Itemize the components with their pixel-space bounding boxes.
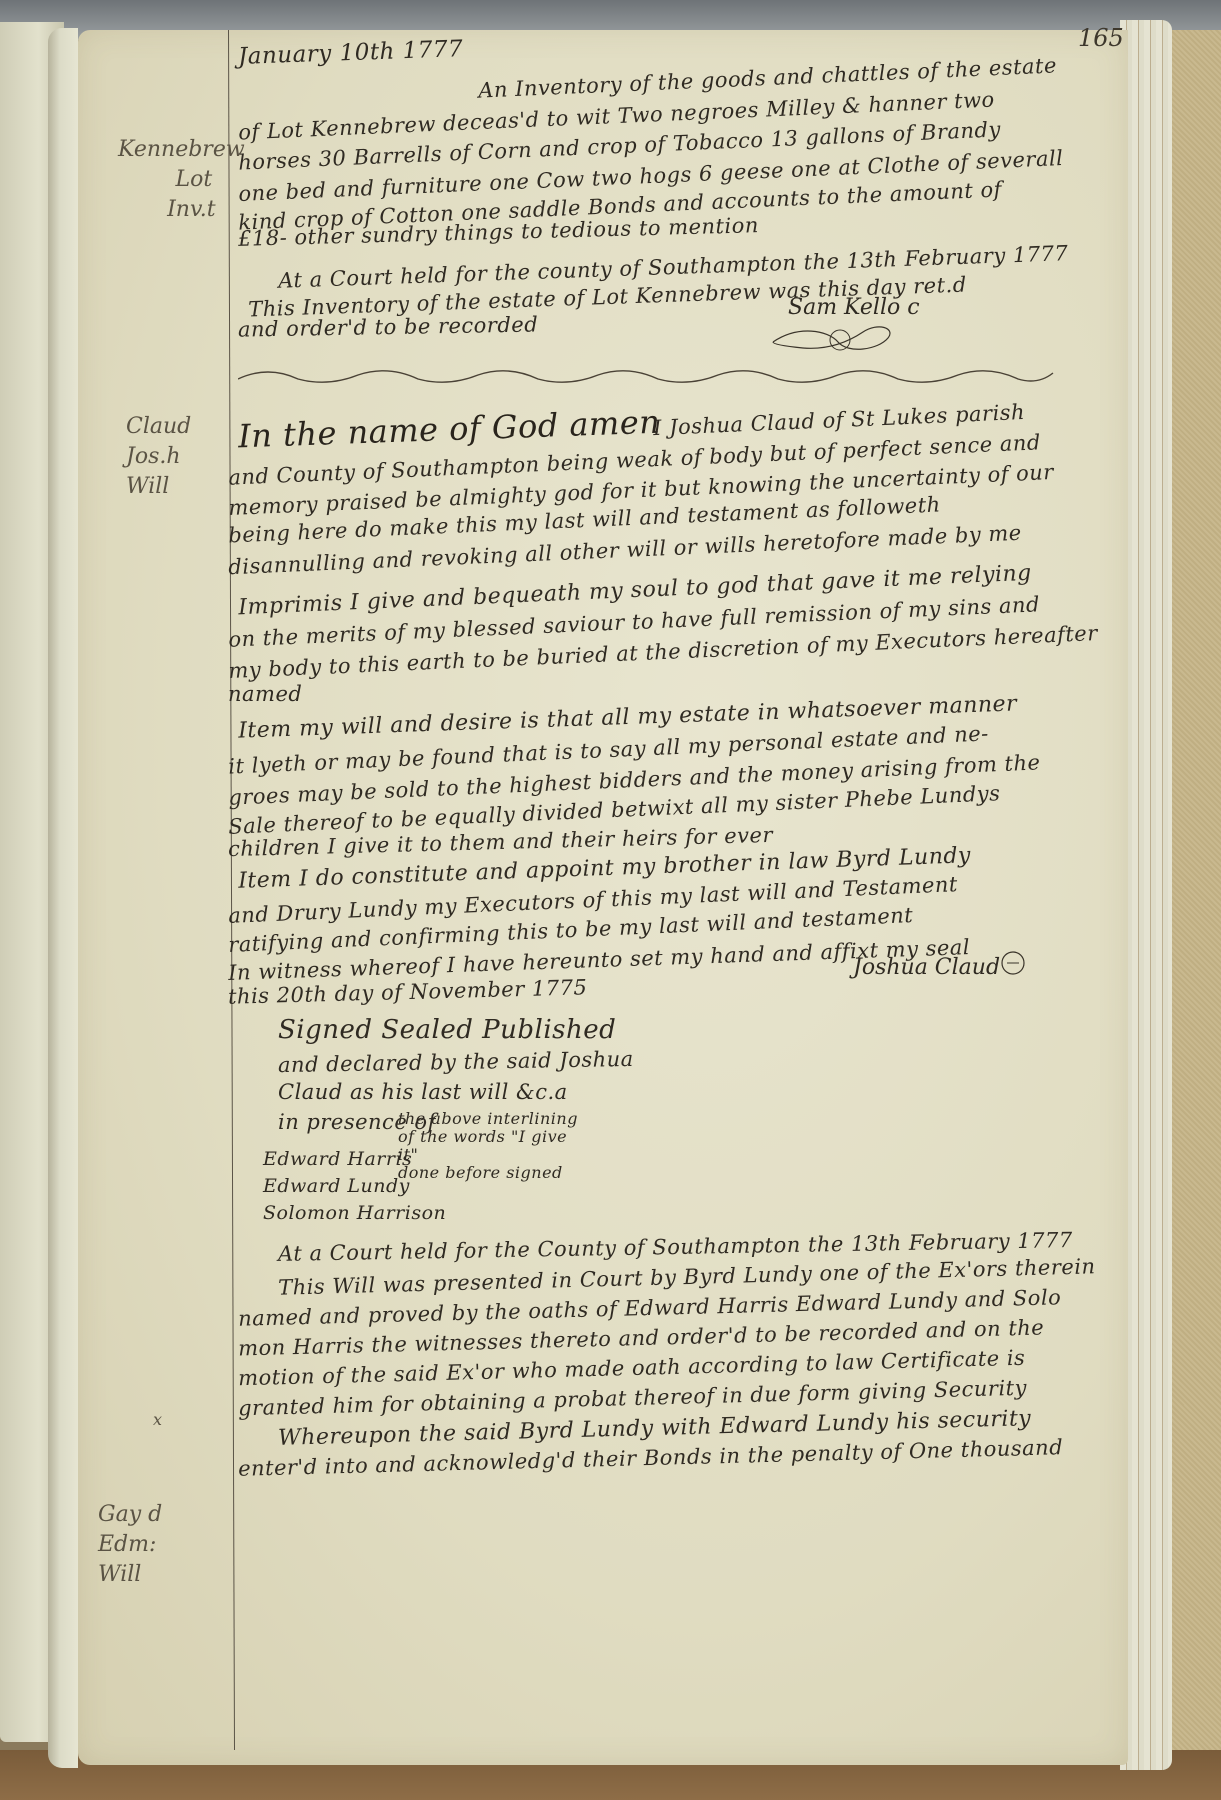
margin-note-line: Claud <box>126 412 191 442</box>
testator-signature: Joshua Claud <box>853 955 1000 980</box>
book-gutter <box>48 28 78 1768</box>
clerk-signature: Sam Kello c <box>788 295 920 320</box>
margin-note-line: Lot <box>118 165 245 195</box>
interlining-note-line: of the words "I give it" <box>398 1128 578 1164</box>
attestation-line: Signed Sealed Published <box>278 1015 616 1045</box>
page-number: 165 <box>1078 24 1124 52</box>
interlining-note: the above interlining of the words "I gi… <box>398 1110 578 1182</box>
will-line: named <box>228 682 302 706</box>
margin-note-line: Edm: <box>98 1530 162 1560</box>
ledger-page: 165 Kennebrew Lot Inv.t Claud Jos.h Will… <box>78 30 1128 1765</box>
inventory-date: January 10th 1777 <box>238 36 464 70</box>
interlining-note-line: the above interlining <box>398 1110 578 1128</box>
witness-name: Solomon Harrison <box>263 1202 446 1224</box>
witness-name: Edward Harris <box>263 1148 412 1170</box>
binding-cloth <box>1170 30 1221 1770</box>
margin-note-line: Inv.t <box>118 195 245 225</box>
attestation-line: Claud as his last will &c.a <box>278 1080 568 1104</box>
margin-note-claud: Claud Jos.h Will <box>126 412 191 502</box>
margin-note-line: Gay d <box>98 1500 162 1530</box>
section-divider <box>238 365 1058 389</box>
inventory-court-line: and order'd to be recorded <box>238 312 539 341</box>
margin-note-line: Will <box>126 472 191 502</box>
seal-icon <box>998 948 1028 978</box>
margin-rule <box>228 30 235 1750</box>
will-heading-claud: In the name of God amen <box>237 403 660 456</box>
margin-note-line: Will <box>98 1560 162 1590</box>
attestation-line: and declared by the said Joshua <box>278 1047 634 1077</box>
witness-name: Edward Lundy <box>263 1175 410 1197</box>
margin-note-line: Kennebrew <box>118 135 245 165</box>
stray-mark: x <box>153 1405 162 1435</box>
interlining-note-line: done before signed <box>398 1164 578 1182</box>
margin-note-line: Jos.h <box>126 442 191 472</box>
margin-note-gay: Gay d Edm: Will <box>98 1500 162 1590</box>
signature-flourish <box>768 320 908 360</box>
margin-note-kennebrew: Kennebrew Lot Inv.t <box>118 135 245 225</box>
